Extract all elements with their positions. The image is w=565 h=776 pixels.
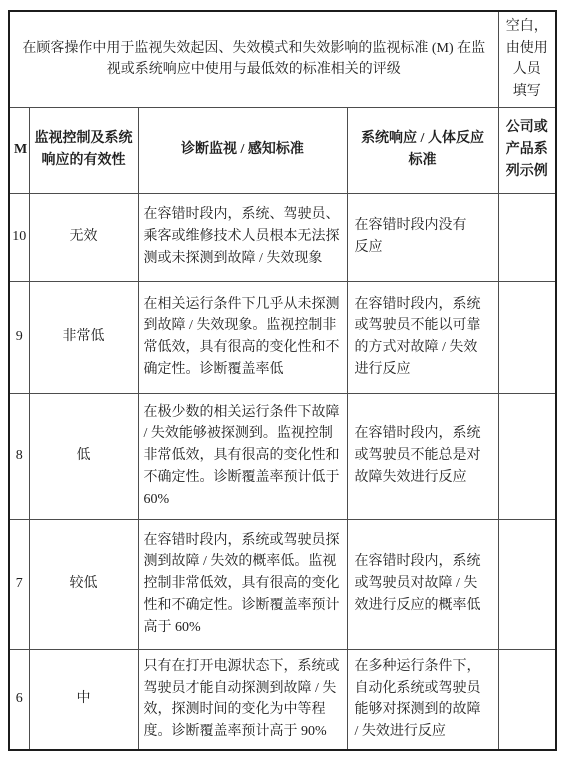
col-header-example: 公司或 产品系 列示例 <box>498 107 556 193</box>
diagnostic-cell: 只有在打开电源状态下，系统或 驾驶员才能自动探测到故障 / 失 效，探测时间的变… <box>138 649 347 750</box>
effectiveness-cell: 较低 <box>29 519 138 649</box>
m-cell: 10 <box>9 193 29 281</box>
diagnostic-cell: 在相关运行条件下几乎从未探测 到故障 / 失效现象。监视控制非 常低效，具有很高… <box>138 281 347 393</box>
col-header-diagnostic: 诊断监视 / 感知标准 <box>138 107 347 193</box>
m-cell: 7 <box>9 519 29 649</box>
example-cell <box>498 393 556 519</box>
col-header-effectiveness: 监视控制及系统 响应的有效性 <box>29 107 138 193</box>
diagnostic-cell: 在极少数的相关运行条件下故障 / 失效能够被探测到。监视控制 非常低效，具有很高… <box>138 393 347 519</box>
response-cell: 在容错时段内，系统 或驾驶员不能总是对 故障失效进行反应 <box>347 393 498 519</box>
response-cell: 在容错时段内，系统 或驾驶员对故障 / 失 效进行反应的概率低 <box>347 519 498 649</box>
example-cell <box>498 649 556 750</box>
table-intro-row: 在顾客操作中用于监视失效起因、失效模式和失效影响的监视标准 (M) 在监 视或系… <box>9 11 556 107</box>
diagnostic-cell: 在容错时段内，系统、驾驶员、 乘客或维修技术人员根本无法探 测或未探测到故障 /… <box>138 193 347 281</box>
m-cell: 6 <box>9 649 29 750</box>
rating-row-8: 8 低 在极少数的相关运行条件下故障 / 失效能够被探测到。监视控制 非常低效，… <box>9 393 556 519</box>
response-cell: 在容错时段内没有 反应 <box>347 193 498 281</box>
example-cell <box>498 193 556 281</box>
table-intro-text: 在顾客操作中用于监视失效起因、失效模式和失效影响的监视标准 (M) 在监 视或系… <box>9 11 498 107</box>
effectiveness-cell: 低 <box>29 393 138 519</box>
rating-row-10: 10 无效 在容错时段内，系统、驾驶员、 乘客或维修技术人员根本无法探 测或未探… <box>9 193 556 281</box>
col-header-m: M <box>9 107 29 193</box>
effectiveness-cell: 无效 <box>29 193 138 281</box>
effectiveness-cell: 非常低 <box>29 281 138 393</box>
col-header-response: 系统响应 / 人体反应 标准 <box>347 107 498 193</box>
document-page: 在顾客操作中用于监视失效起因、失效模式和失效影响的监视标准 (M) 在监 视或系… <box>0 0 565 776</box>
response-cell: 在容错时段内，系统 或驾驶员不能以可靠 的方式对故障 / 失效 进行反应 <box>347 281 498 393</box>
m-cell: 8 <box>9 393 29 519</box>
blank-note-cell: 空白， 由使用 人员 填写 <box>498 11 556 107</box>
effectiveness-cell: 中 <box>29 649 138 750</box>
table-header-row: M 监视控制及系统 响应的有效性 诊断监视 / 感知标准 系统响应 / 人体反应… <box>9 107 556 193</box>
example-cell <box>498 281 556 393</box>
response-cell: 在多种运行条件下， 自动化系统或驾驶员 能够对探测到的故障 / 失效进行反应 <box>347 649 498 750</box>
rating-row-9: 9 非常低 在相关运行条件下几乎从未探测 到故障 / 失效现象。监视控制非 常低… <box>9 281 556 393</box>
rating-row-7: 7 较低 在容错时段内，系统或驾驶员探 测到故障 / 失效的概率低。监视 控制非… <box>9 519 556 649</box>
diagnostic-cell: 在容错时段内，系统或驾驶员探 测到故障 / 失效的概率低。监视 控制非常低效，具… <box>138 519 347 649</box>
m-cell: 9 <box>9 281 29 393</box>
rating-row-6: 6 中 只有在打开电源状态下，系统或 驾驶员才能自动探测到故障 / 失 效，探测… <box>9 649 556 750</box>
example-cell <box>498 519 556 649</box>
monitoring-rating-table: 在顾客操作中用于监视失效起因、失效模式和失效影响的监视标准 (M) 在监 视或系… <box>8 10 557 751</box>
